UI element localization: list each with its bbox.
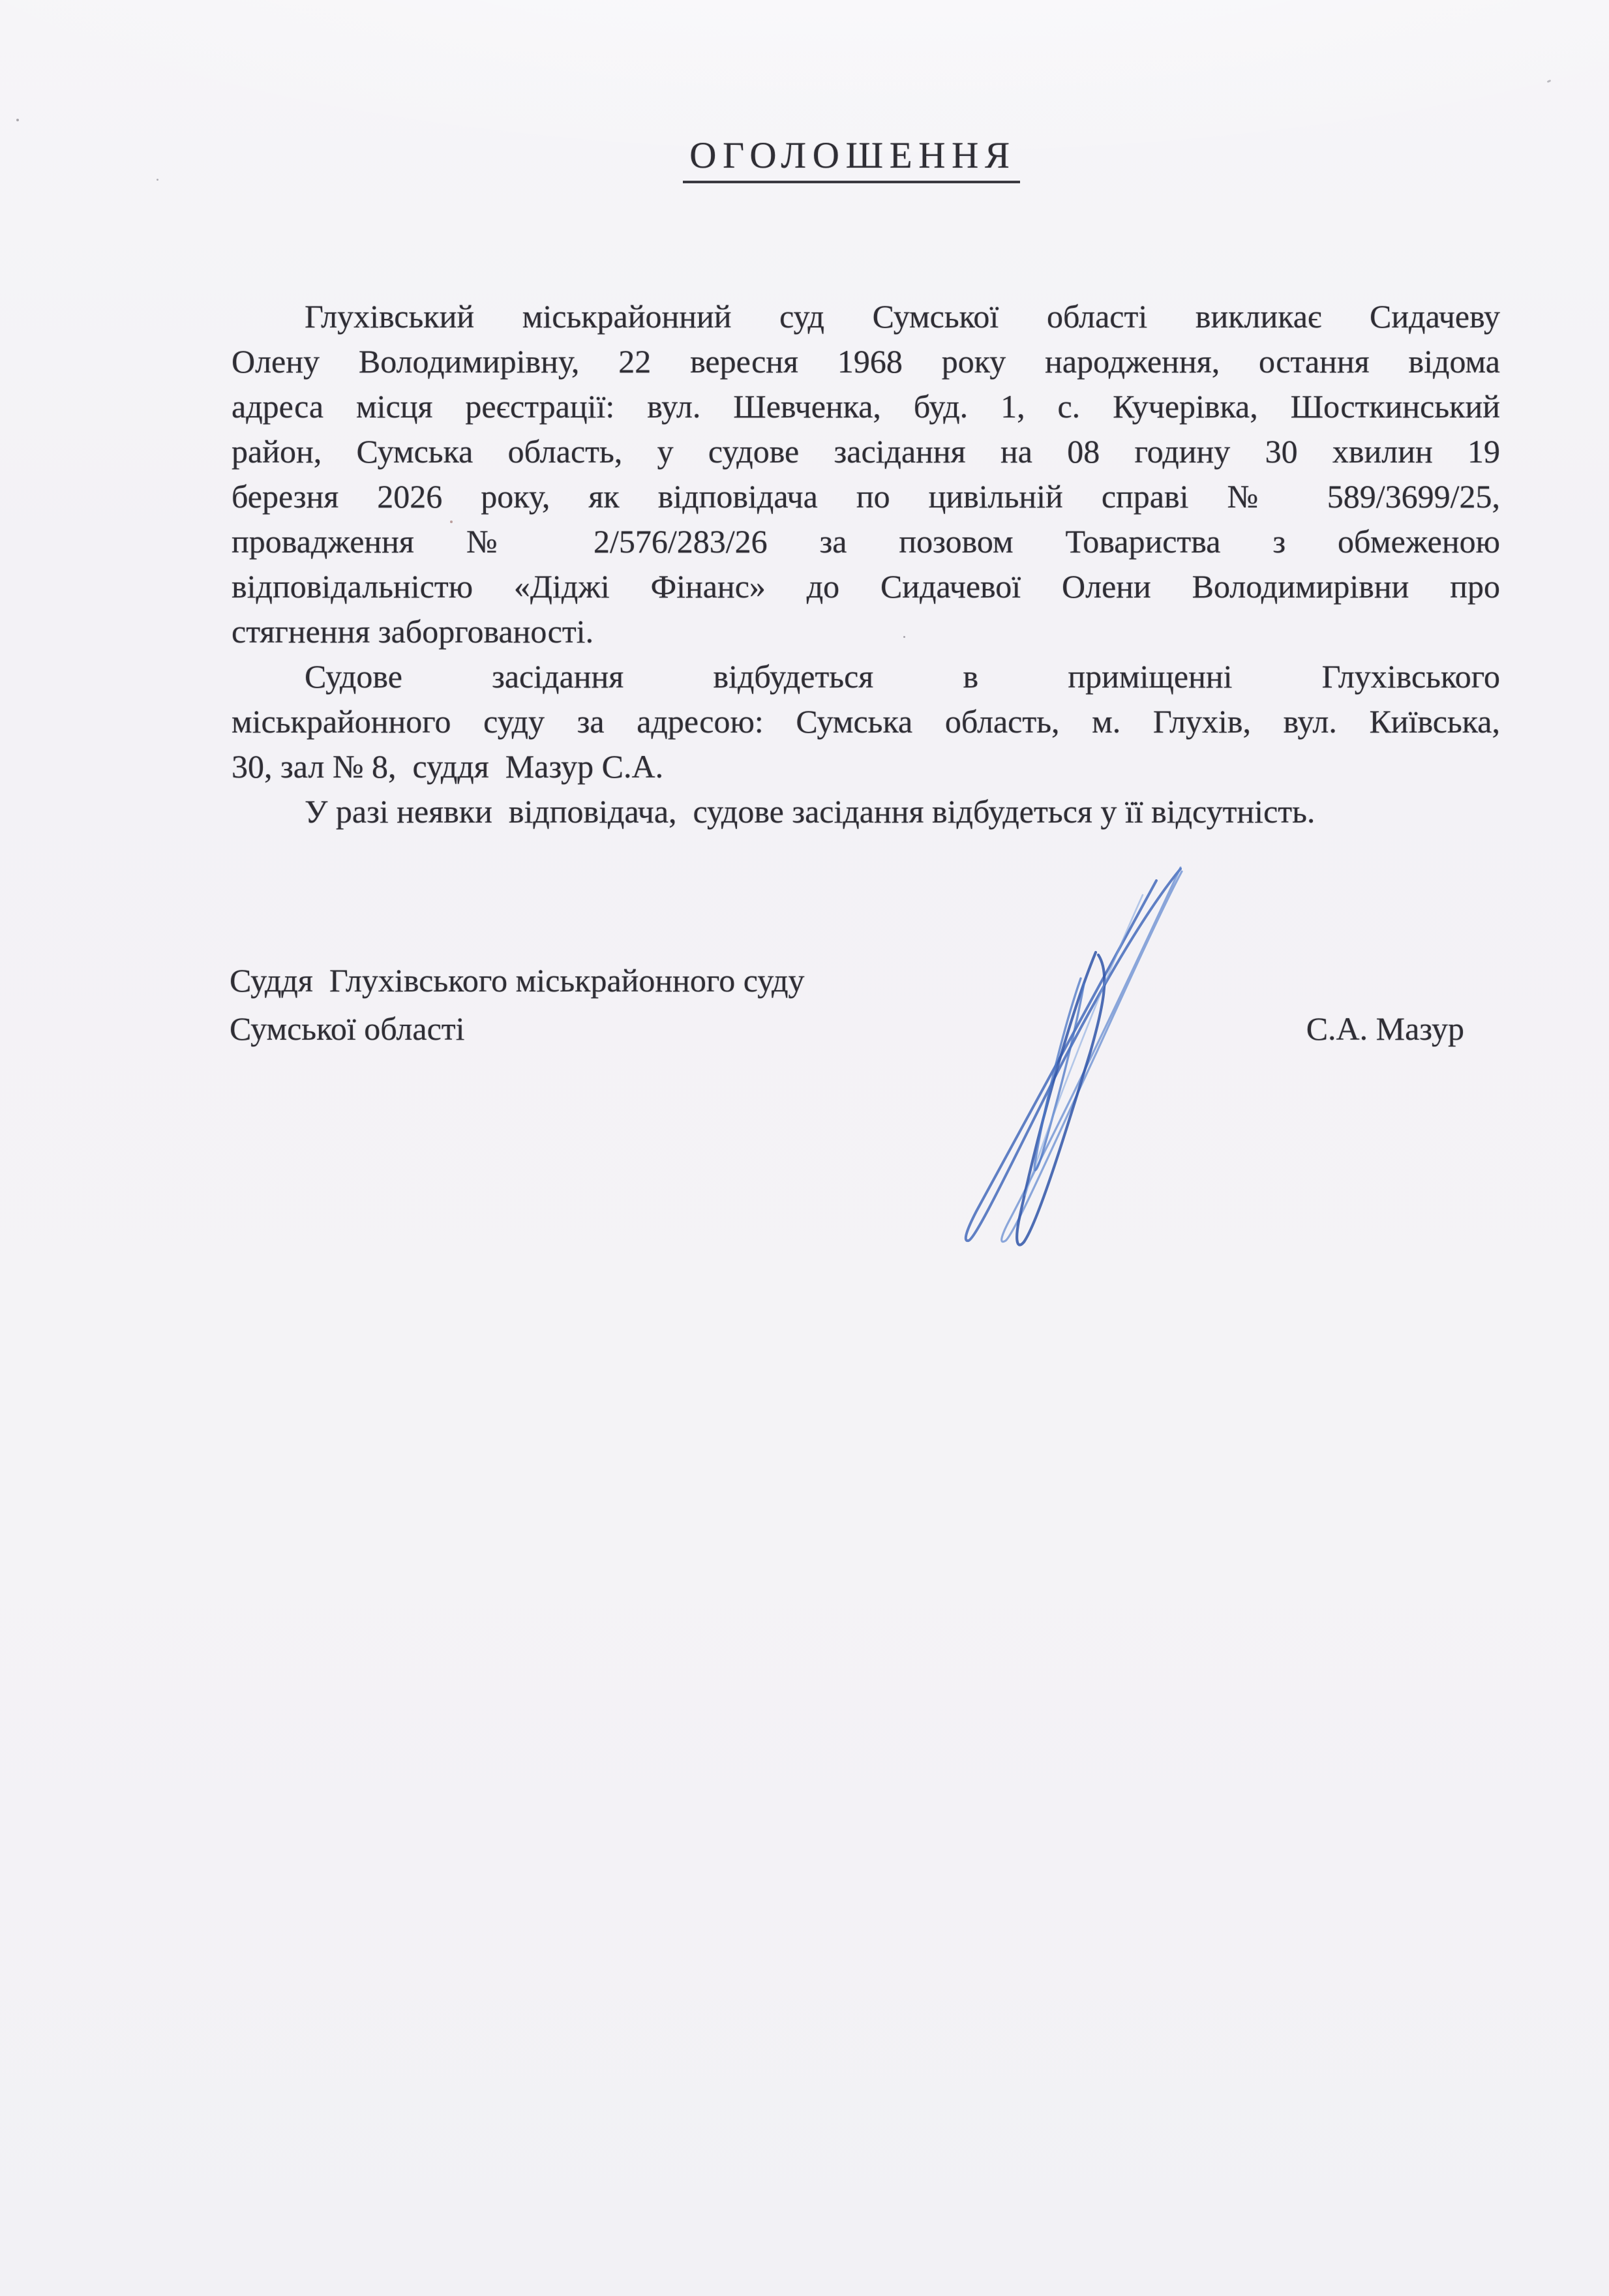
scan-speck <box>16 119 19 121</box>
text-line: міськрайонного суду за адресою: Сумська … <box>232 699 1500 744</box>
text-line: стягнення заборгованості. <box>232 609 1500 654</box>
judge-title-line: Суддя Глухівського міськрайонного суду <box>230 956 1464 1004</box>
document-title-text: ОГОЛОШЕННЯ <box>683 135 1019 183</box>
judge-region-line: Сумської області <box>230 1004 465 1053</box>
document-title: ОГОЛОШЕННЯ <box>47 134 1609 177</box>
text-line: Олену Володимирівну, 22 вересня 1968 рок… <box>232 339 1500 384</box>
text-line: адреса місця реєстрації: вул. Шевченка, … <box>232 384 1500 429</box>
text-line: провадження № 2/576/283/26 за позовом То… <box>232 519 1500 564</box>
text-line: Судове засідання відбудеться в приміщенн… <box>232 654 1500 699</box>
scanned-court-announcement-page: ОГОЛОШЕННЯ Глухівський міськрайонний суд… <box>0 0 1609 2296</box>
text-line: березня 2026 року, як відповідача по цив… <box>232 474 1500 519</box>
text-line: У разі неявки відповідача, судове засіда… <box>232 789 1500 834</box>
text-line: Глухівський міськрайонний суд Сумської о… <box>232 294 1500 339</box>
signer-name: С.А. Мазур <box>1306 1004 1464 1053</box>
text-line: район, Сумська область, у судове засідан… <box>232 429 1500 474</box>
scan-speck <box>157 179 158 181</box>
scan-speck <box>1547 80 1552 83</box>
signature-block: Суддя Глухівського міськрайонного суду С… <box>230 956 1464 1053</box>
text-line: 30, зал № 8, суддя Мазур С.А. <box>232 744 1500 789</box>
scan-speck <box>450 521 453 523</box>
text-line: відповідальністю «Діджі Фінанс» до Сидач… <box>232 564 1500 609</box>
scan-speck <box>903 636 905 638</box>
announcement-body: Глухівський міськрайонний суд Сумської о… <box>232 294 1500 834</box>
handwritten-signature-scribble <box>947 856 1201 1255</box>
